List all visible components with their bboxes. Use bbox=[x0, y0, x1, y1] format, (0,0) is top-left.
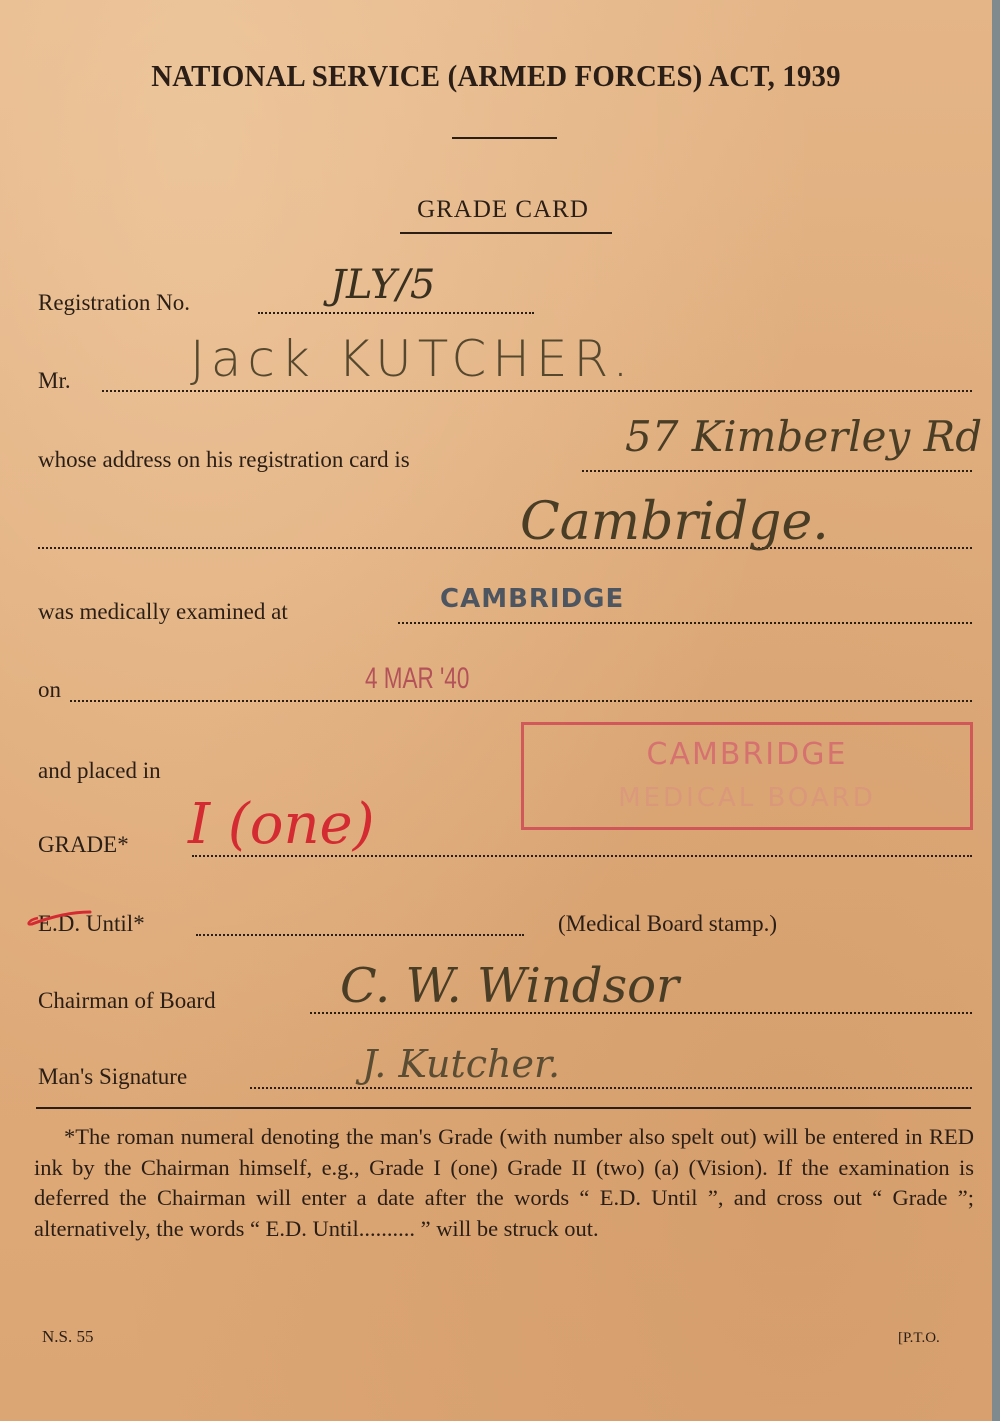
mr-label: Mr. bbox=[38, 368, 71, 394]
medical-board-stamp: CAMBRIDGE MEDICAL BOARD bbox=[521, 722, 973, 830]
footnote: *The roman numeral denoting the man's Gr… bbox=[34, 1122, 974, 1244]
grade-value: I (one) bbox=[188, 792, 375, 857]
examined-dotted-line bbox=[398, 622, 972, 624]
address-dotted-line-1 bbox=[582, 470, 972, 472]
man-signature-label: Man's Signature bbox=[38, 1064, 187, 1090]
ed-until-dotted-line bbox=[196, 934, 524, 936]
on-label: on bbox=[38, 677, 61, 703]
please-turn-over: [P.T.O. bbox=[898, 1330, 940, 1347]
man-signature-dotted-line bbox=[250, 1087, 972, 1089]
title-divider bbox=[452, 137, 557, 139]
subtitle-underline bbox=[400, 232, 612, 234]
address-line-1: 57 Kimberley Rd bbox=[625, 412, 982, 461]
registration-number: JLY/5 bbox=[330, 262, 435, 308]
grade-label: GRADE* bbox=[38, 832, 129, 858]
address-dotted-line-2 bbox=[38, 547, 972, 549]
name-dotted-line bbox=[102, 390, 972, 392]
document-title: NATIONAL SERVICE (ARMED FORCES) ACT, 193… bbox=[35, 58, 958, 94]
footnote-divider bbox=[36, 1107, 971, 1109]
medical-board-stamp-label: (Medical Board stamp.) bbox=[558, 911, 777, 937]
examined-label: was medically examined at bbox=[38, 599, 288, 625]
examination-date-stamp: 4 MAR '40 bbox=[365, 662, 469, 696]
form-code: N.S. 55 bbox=[42, 1327, 93, 1347]
name-value: Jack KUTCHER. bbox=[190, 330, 634, 388]
address-label: whose address on his registration card i… bbox=[38, 447, 410, 473]
registration-dotted-line bbox=[258, 312, 534, 314]
stamp-line-1: CAMBRIDGE bbox=[524, 737, 970, 772]
date-dotted-line bbox=[70, 700, 972, 702]
red-strikethrough-mark bbox=[18, 908, 98, 928]
grade-card: NATIONAL SERVICE (ARMED FORCES) ACT, 193… bbox=[0, 0, 992, 1421]
stamp-line-2: MEDICAL BOARD bbox=[524, 783, 970, 813]
chairman-label: Chairman of Board bbox=[38, 988, 216, 1014]
man-signature: J. Kutcher. bbox=[362, 1042, 560, 1086]
chairman-signature: C. W. Windsor bbox=[340, 958, 679, 1014]
examined-location-stamp: CAMBRIDGE bbox=[440, 584, 624, 614]
document-subtitle: GRADE CARD bbox=[0, 196, 1000, 224]
placed-in-label: and placed in bbox=[38, 758, 161, 784]
address-line-2: Cambridge. bbox=[520, 492, 829, 552]
footnote-text: *The roman numeral denoting the man's Gr… bbox=[34, 1122, 974, 1244]
registration-label: Registration No. bbox=[38, 290, 190, 316]
